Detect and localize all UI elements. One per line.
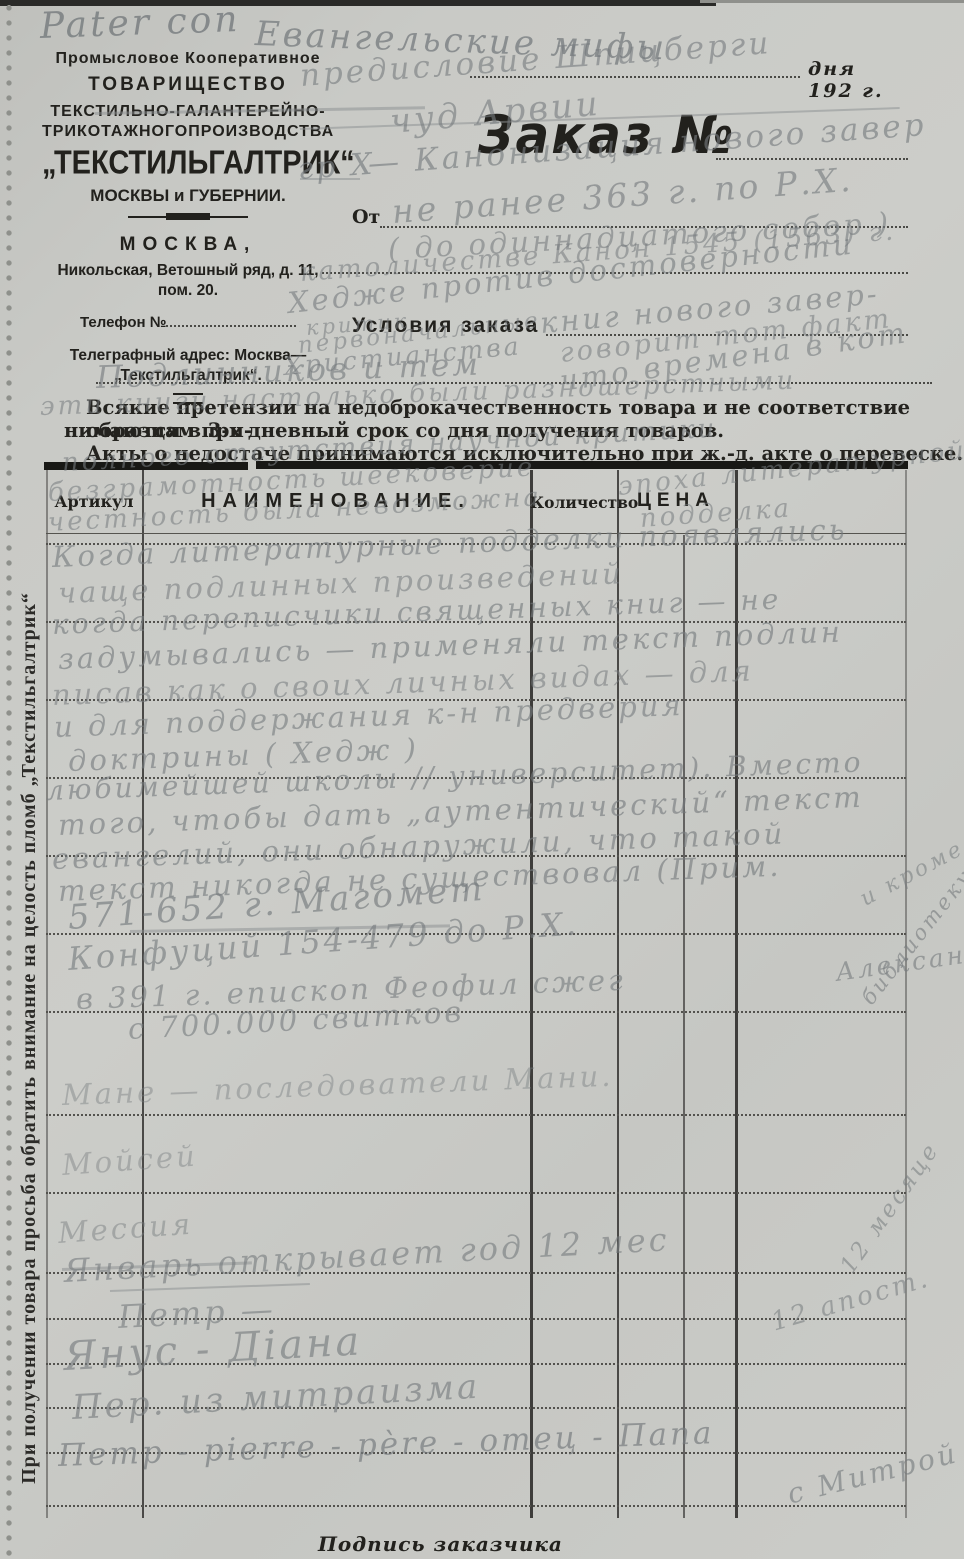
date-label: дня 192 г. bbox=[808, 58, 910, 102]
handwriting-note: 12 месяце bbox=[835, 1137, 945, 1278]
company-type-line: ТОВАРИЩЕСТВО bbox=[42, 74, 334, 96]
scanned-order-form: { "page": { "paper_color": "#c9cac6", "i… bbox=[0, 0, 964, 1559]
company-type-line: ТРИКОТАЖНОГОПРОИЗВОДСТВА bbox=[42, 123, 334, 141]
brand-name: „ТЕКСТИЛЬГАЛТРИК“ bbox=[42, 145, 334, 183]
handwriting-note: гр X bbox=[297, 147, 377, 187]
scan-top-edge-right bbox=[700, 0, 964, 3]
handwriting-note: Мессия bbox=[57, 1207, 194, 1250]
perforation-edge bbox=[1, 0, 17, 1559]
signature-label: Подпись заказчика bbox=[318, 1532, 563, 1556]
handwriting-note: Pater con bbox=[39, 0, 241, 47]
table-row-line bbox=[46, 1505, 906, 1507]
phone-fill-line bbox=[166, 313, 296, 327]
address-line1: Никольская, Ветошный ряд, д. 11, bbox=[42, 262, 334, 280]
city-label: МОСКВА, bbox=[42, 234, 334, 256]
column-header-quantity: Количество bbox=[530, 493, 617, 512]
table-border-right bbox=[905, 470, 907, 1518]
phone-label: Телефон № bbox=[80, 314, 166, 331]
brand-region: МОСКВЫ и ГУБЕРНИИ. bbox=[42, 186, 334, 206]
handwriting-note: с Митрой bbox=[784, 1436, 961, 1510]
margin-note: При получении товара просьба обратить вн… bbox=[18, 548, 41, 1528]
ornament-rule bbox=[128, 216, 248, 223]
order-number-fill-line bbox=[716, 158, 908, 160]
table-border-left bbox=[46, 470, 48, 1518]
handwriting-note: Янус - Діана bbox=[63, 1318, 364, 1380]
table-row-line bbox=[46, 1192, 906, 1194]
table-row-line bbox=[46, 1114, 906, 1116]
from-label: От bbox=[352, 206, 380, 228]
handwriting-note: Мойсей bbox=[61, 1139, 199, 1182]
